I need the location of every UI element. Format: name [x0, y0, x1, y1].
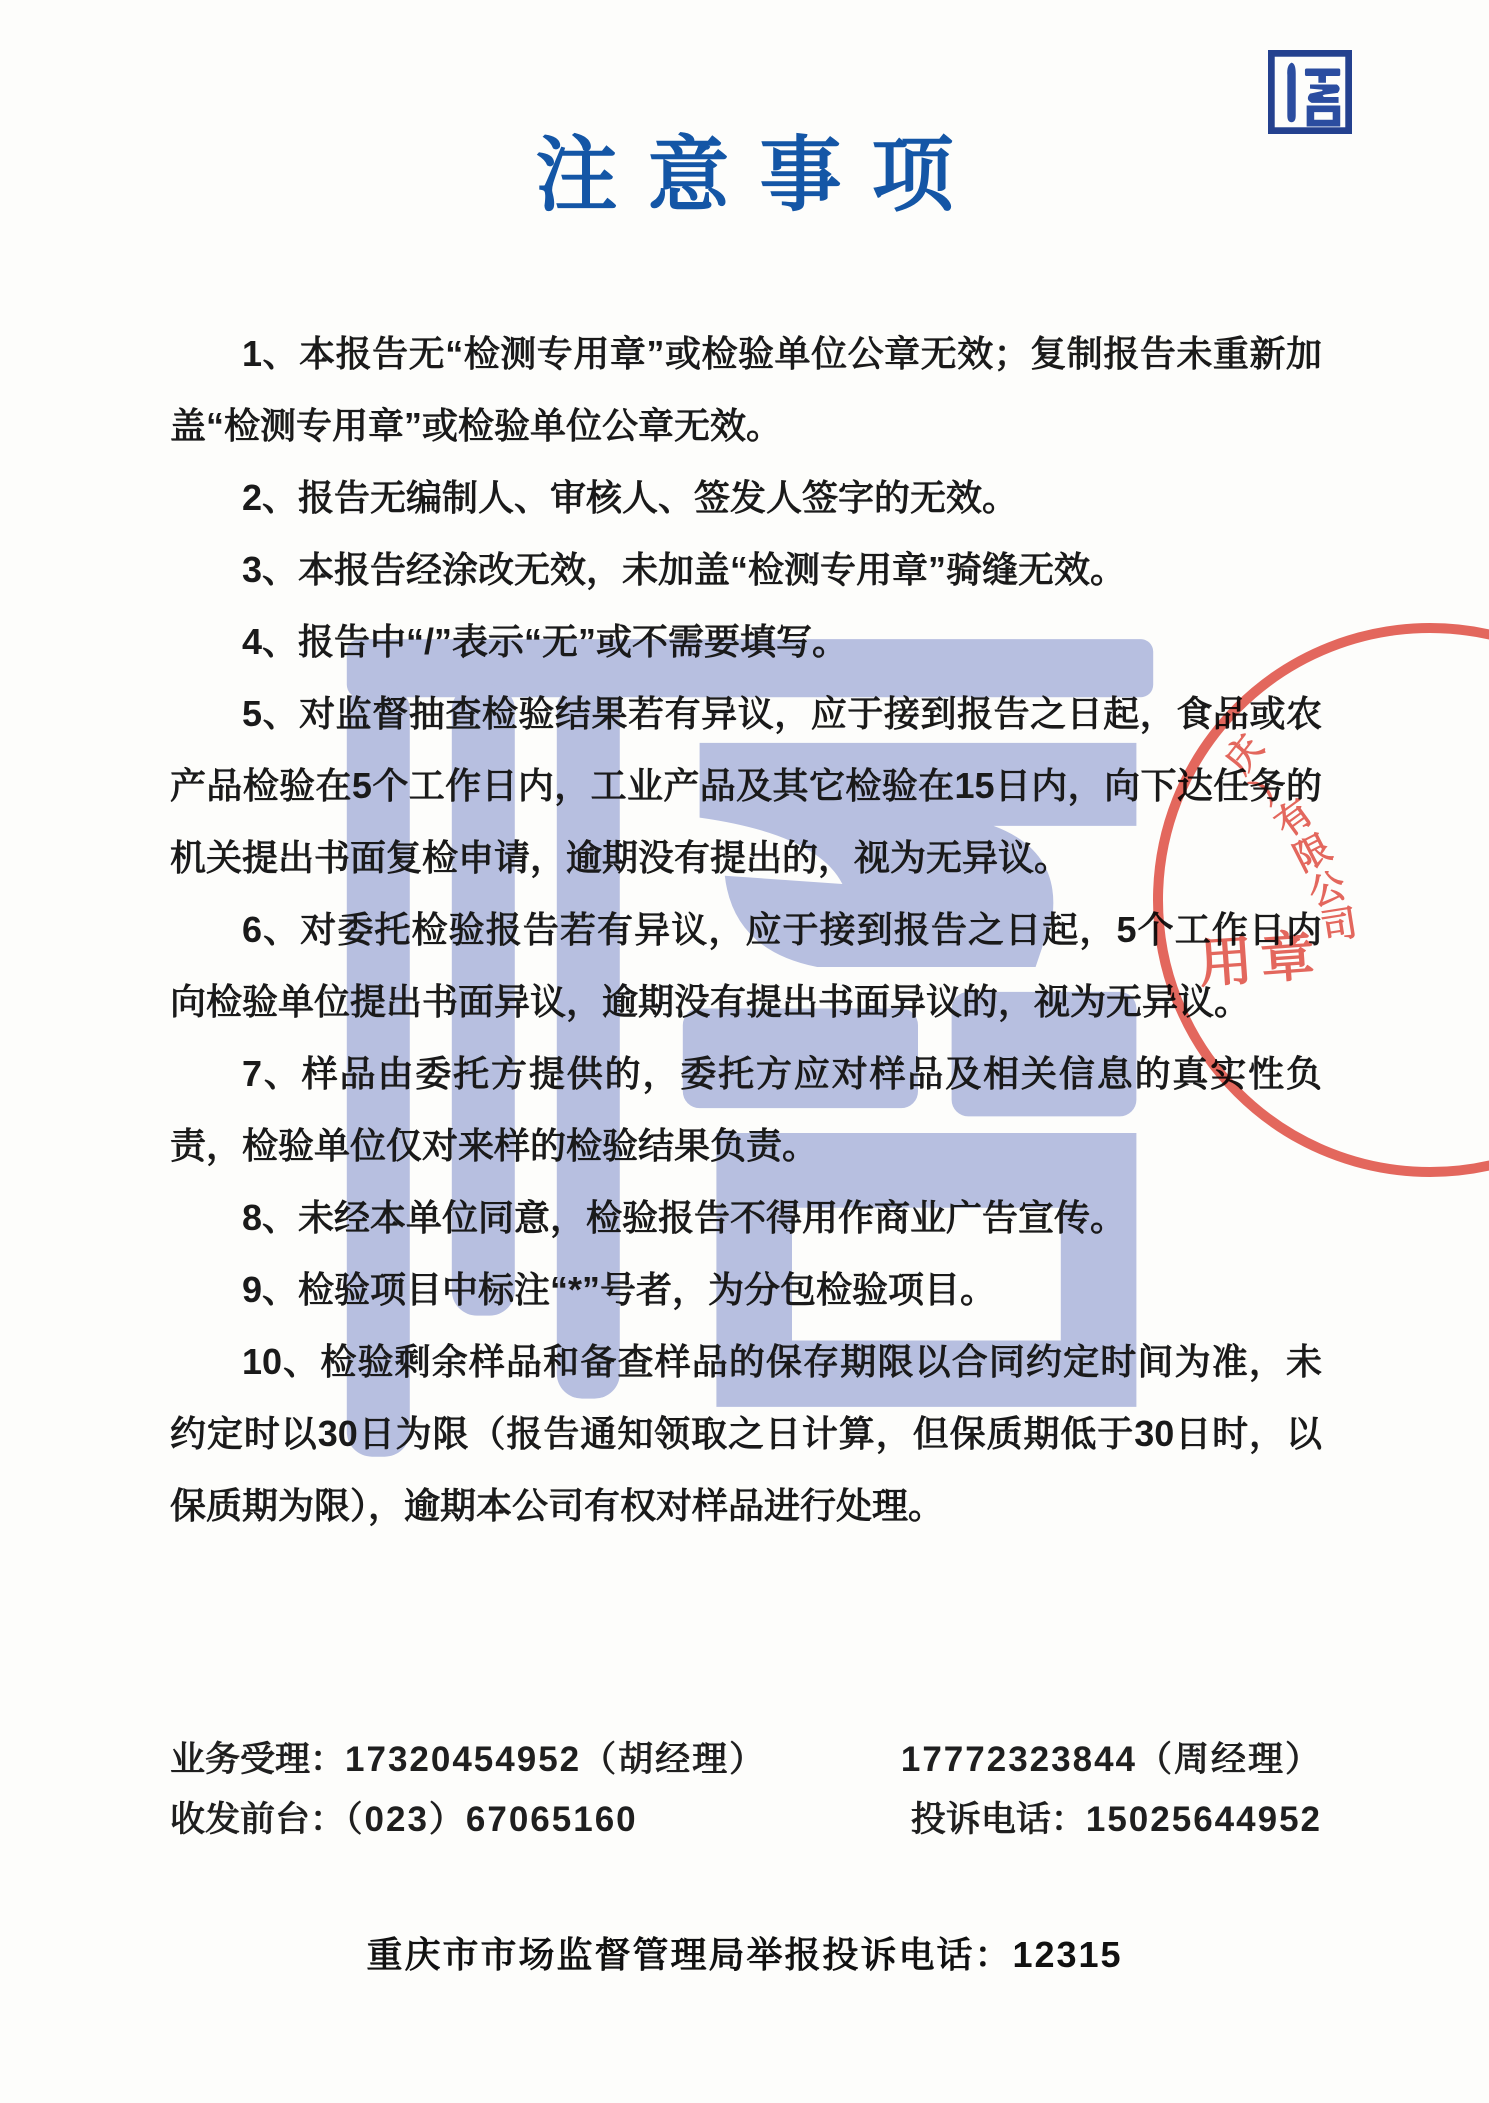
- front-desk-label: 收发前台：: [170, 1800, 345, 1839]
- notice-page: 注意事项 1、本报告无“检测专用章”或检验单位公章无效；复制报告未重新加盖“检测…: [0, 0, 1489, 2103]
- notice-item-10: 10、检验剩余样品和备查样品的保存期限以合同约定时间为准，未约定时以30日为限（…: [170, 1326, 1322, 1542]
- notice-body: 1、本报告无“检测专用章”或检验单位公章无效；复制报告未重新加盖“检测专用章”或…: [170, 318, 1322, 1542]
- contact-row-1: 业务受理：17320454952（胡经理） 17772323844（周经理）: [170, 1730, 1322, 1790]
- complaint-contact: 投诉电话：15025644952: [911, 1790, 1322, 1850]
- front-desk-contact: 收发前台：（023）67065160: [170, 1790, 638, 1850]
- notice-item-7: 7、样品由委托方提供的，委托方应对样品及相关信息的真实性负责，检验单位仅对来样的…: [170, 1038, 1322, 1182]
- business-phone: 17320454952（胡经理）: [345, 1740, 766, 1779]
- complaint-phone: 15025644952: [1086, 1800, 1322, 1839]
- business-phone-2: 17772323844（周经理）: [901, 1730, 1322, 1790]
- contact-section: 业务受理：17320454952（胡经理） 17772323844（周经理） 收…: [170, 1730, 1322, 1850]
- front-desk-phone: （023）67065160: [345, 1800, 638, 1839]
- notice-item-2: 2、报告无编制人、审核人、签发人签字的无效。: [170, 462, 1322, 534]
- page-title: 注意事项: [0, 110, 1489, 227]
- notice-item-3: 3、本报告经涂改无效，未加盖“检测专用章”骑缝无效。: [170, 534, 1322, 606]
- notice-item-6: 6、对委托检验报告若有异议，应于接到报告之日起，5个工作日内向检验单位提出书面异…: [170, 894, 1322, 1038]
- notice-item-8: 8、未经本单位同意，检验报告不得用作商业广告宣传。: [170, 1182, 1322, 1254]
- company-seal-icon: [1268, 50, 1352, 134]
- business-contact: 业务受理：17320454952（胡经理）: [170, 1730, 766, 1790]
- business-label: 业务受理：: [170, 1740, 345, 1779]
- report-hotline: 重庆市市场监督管理局举报投诉电话：12315: [0, 1925, 1489, 1985]
- notice-item-5: 5、对监督抽查检验结果若有异议，应于接到报告之日起，食品或农产品检验在5个工作日…: [170, 678, 1322, 894]
- notice-item-9: 9、检验项目中标注“*”号者，为分包检验项目。: [170, 1254, 1322, 1326]
- contact-row-2: 收发前台：（023）67065160 投诉电话：15025644952: [170, 1790, 1322, 1850]
- stamp-arc-char: 司: [1318, 902, 1360, 948]
- notice-item-1: 1、本报告无“检测专用章”或检验单位公章无效；复制报告未重新加盖“检测专用章”或…: [170, 318, 1322, 462]
- notice-item-4: 4、报告中“/”表示“无”或不需要填写。: [170, 606, 1322, 678]
- complaint-label: 投诉电话：: [911, 1800, 1086, 1839]
